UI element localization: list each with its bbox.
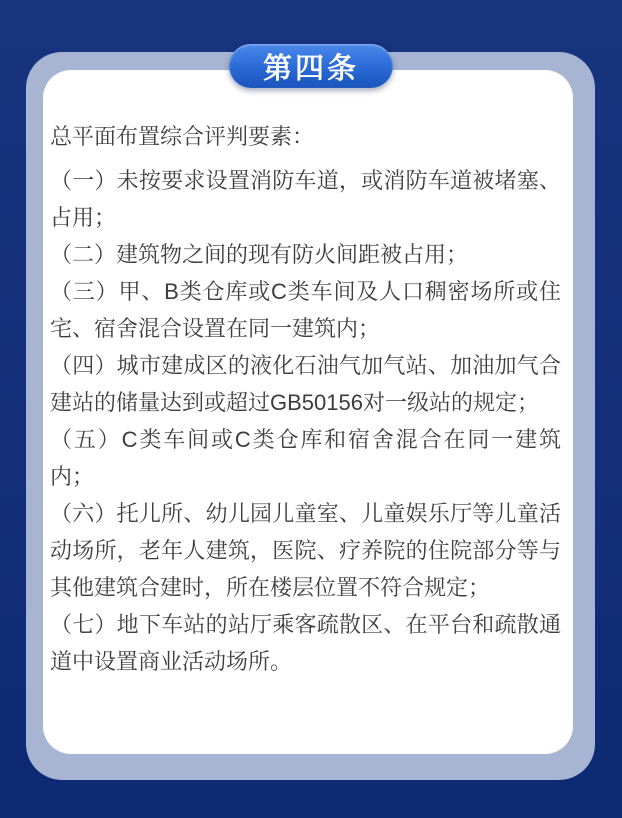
- article-badge-label: 第四条: [263, 46, 359, 87]
- card-frame: 总平面布置综合评判要素： （一）未按要求设置消防车道，或消防车道被堵塞、占用； …: [26, 52, 595, 780]
- criterion-item-2: （二）建筑物之间的现有防火间距被占用；: [50, 236, 561, 273]
- criterion-item-5: （五）C类车间或C类仓库和宿舍混合在同一建筑内；: [50, 421, 561, 495]
- criterion-item-1: （一）未按要求设置消防车道，或消防车道被堵塞、占用；: [50, 162, 561, 236]
- article-card: 总平面布置综合评判要素： （一）未按要求设置消防车道，或消防车道被堵塞、占用； …: [43, 70, 573, 754]
- article-badge: 第四条: [229, 44, 393, 88]
- criterion-item-4: （四）城市建成区的液化石油气加气站、加油加气合建站的储量达到或超过GB50156…: [50, 347, 561, 421]
- article-content: 总平面布置综合评判要素： （一）未按要求设置消防车道，或消防车道被堵塞、占用； …: [50, 118, 561, 680]
- criterion-item-6: （六）托儿所、幼儿园儿童室、儿童娱乐厅等儿童活动场所，老年人建筑，医院、疗养院的…: [50, 495, 561, 606]
- criterion-item-3: （三）甲、B类仓库或C类车间及人口稠密场所或住宅、宿舍混合设置在同一建筑内；: [50, 273, 561, 347]
- article-intro: 总平面布置综合评判要素：: [50, 118, 561, 155]
- criterion-item-7: （七）地下车站的站厅乘客疏散区、在平台和疏散通道中设置商业活动场所。: [50, 606, 561, 680]
